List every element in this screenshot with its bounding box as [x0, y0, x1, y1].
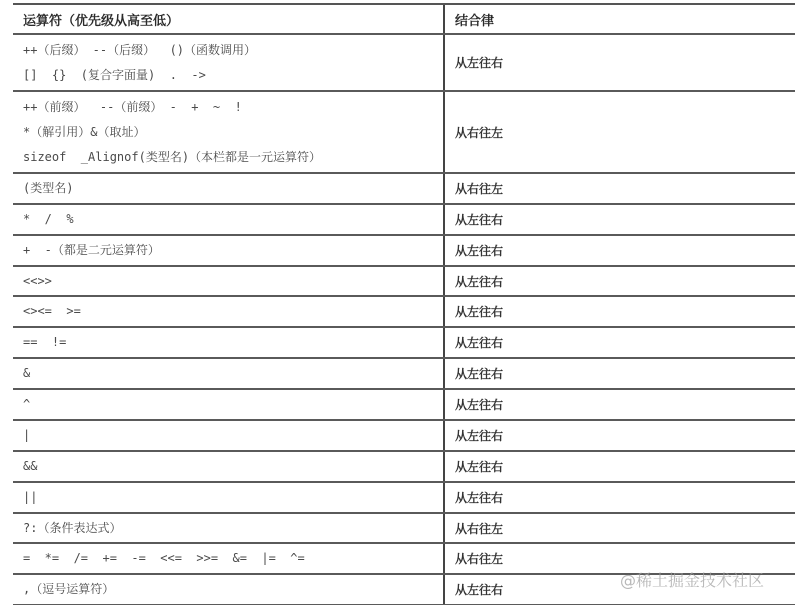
- associativity-cell: 从左往右: [445, 297, 795, 326]
- table-row: * / %从左往右: [13, 205, 795, 236]
- operator-cell: ,（逗号运算符）: [13, 575, 445, 604]
- operator-line: (类型名): [23, 176, 433, 201]
- operator-cell: <<>>: [13, 267, 445, 295]
- table-row: |从左往右: [13, 421, 795, 452]
- table-row: == !=从左往右: [13, 328, 795, 359]
- header-operator: 运算符（优先级从高至低）: [13, 5, 445, 33]
- associativity-cell: 从右往左: [445, 92, 795, 172]
- associativity-cell: 从右往左: [445, 514, 795, 542]
- operator-line: ++（后缀） --（后缀） ()（函数调用）: [23, 38, 433, 63]
- operator-line: ^: [23, 392, 433, 417]
- associativity-cell: 从左往右: [445, 267, 795, 295]
- header-associativity: 结合律: [445, 5, 795, 33]
- operator-line: = *= /= += -= <<= >>= &= |= ^=: [23, 546, 433, 571]
- operator-line: [] {} (复合字面量) . ->: [23, 63, 433, 88]
- table-row: <><= >=从左往右: [13, 297, 795, 328]
- associativity-cell: 从左往右: [445, 390, 795, 419]
- operator-cell: = *= /= += -= <<= >>= &= |= ^=: [13, 544, 445, 573]
- table-row: <<>>从左往右: [13, 267, 795, 297]
- operator-cell: * / %: [13, 205, 445, 234]
- operator-precedence-table: 运算符（优先级从高至低） 结合律 ++（后缀） --（后缀） ()（函数调用）[…: [13, 3, 795, 605]
- operator-line: *（解引用）&（取址）: [23, 120, 433, 145]
- operator-cell: ^: [13, 390, 445, 419]
- operator-cell: (类型名): [13, 174, 445, 203]
- operator-cell: ++（前缀） --（前缀） - + ~ !*（解引用）&（取址）sizeof _…: [13, 92, 445, 172]
- operator-line: ?:（条件表达式）: [23, 516, 433, 541]
- associativity-cell: 从左往右: [445, 359, 795, 388]
- associativity-cell: 从左往右: [445, 328, 795, 357]
- operator-cell: <><= >=: [13, 297, 445, 326]
- associativity-cell: 从左往右: [445, 483, 795, 512]
- table-row: ||从左往右: [13, 483, 795, 514]
- associativity-cell: 从左往右: [445, 421, 795, 450]
- table-row: ^从左往右: [13, 390, 795, 421]
- operator-line: &: [23, 361, 433, 386]
- table-row: + -（都是二元运算符）从左往右: [13, 236, 795, 267]
- operator-cell: == !=: [13, 328, 445, 357]
- operator-line: + -（都是二元运算符）: [23, 238, 433, 263]
- table-row: ++（后缀） --（后缀） ()（函数调用）[] {} (复合字面量) . ->…: [13, 35, 795, 92]
- table-row: &&从左往右: [13, 452, 795, 483]
- associativity-cell: 从左往右: [445, 205, 795, 234]
- table-row: ++（前缀） --（前缀） - + ~ !*（解引用）&（取址）sizeof _…: [13, 92, 795, 174]
- operator-line: ||: [23, 485, 433, 510]
- operator-line: == !=: [23, 330, 433, 355]
- operator-line: <><= >=: [23, 299, 433, 324]
- table-row: (类型名)从右往左: [13, 174, 795, 205]
- operator-line: ,（逗号运算符）: [23, 577, 433, 602]
- watermark: @稀土掘金技术社区: [620, 568, 764, 591]
- operator-line: sizeof _Alignof(类型名)（本栏都是一元运算符）: [23, 145, 433, 170]
- operator-cell: ?:（条件表达式）: [13, 514, 445, 542]
- operator-cell: &: [13, 359, 445, 388]
- operator-cell: + -（都是二元运算符）: [13, 236, 445, 265]
- operator-line: ++（前缀） --（前缀） - + ~ !: [23, 95, 433, 120]
- operator-line: * / %: [23, 207, 433, 232]
- operator-cell: &&: [13, 452, 445, 481]
- associativity-cell: 从左往右: [445, 236, 795, 265]
- associativity-cell: 从右往左: [445, 174, 795, 203]
- operator-line: |: [23, 423, 433, 448]
- operator-cell: ||: [13, 483, 445, 512]
- associativity-cell: 从左往右: [445, 452, 795, 481]
- table-row: ?:（条件表达式）从右往左: [13, 514, 795, 544]
- operator-cell: ++（后缀） --（后缀） ()（函数调用）[] {} (复合字面量) . ->: [13, 35, 445, 90]
- operator-line: &&: [23, 454, 433, 479]
- associativity-cell: 从左往右: [445, 35, 795, 90]
- operator-cell: |: [13, 421, 445, 450]
- table-header-row: 运算符（优先级从高至低） 结合律: [13, 5, 795, 35]
- table-row: &从左往右: [13, 359, 795, 390]
- operator-line: <<>>: [23, 269, 433, 294]
